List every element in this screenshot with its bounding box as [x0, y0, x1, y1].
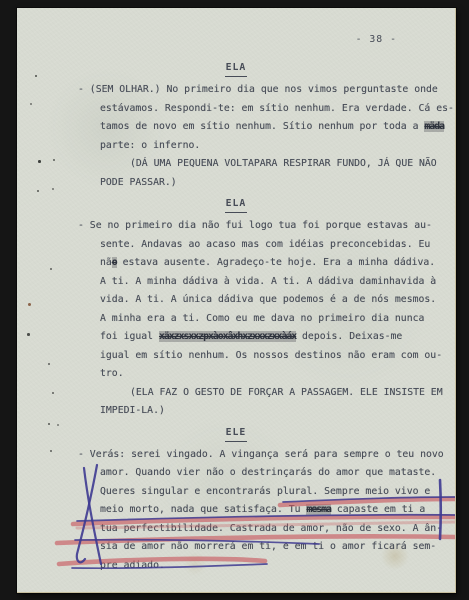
- paper-speck: [35, 75, 37, 77]
- text-segment: amor. Quando vier não o destrinçarás do …: [100, 467, 436, 478]
- typewritten-line: A ti. A minha dádiva à vida. A ti. A dád…: [17, 273, 455, 292]
- typewritten-line: A minha era a ti. Como eu me dava no pri…: [17, 310, 455, 329]
- paper-speck: [52, 392, 54, 394]
- text-segment: A ti. A minha dádiva à vida. A ti. A dád…: [100, 276, 436, 287]
- typewritten-line: - Verás: serei vingado. A vingança será …: [17, 446, 455, 465]
- text-segment: estava ausente. Agradeço-te hoje. Era a …: [117, 257, 436, 268]
- speech-block: - Se no primeiro dia não fui logo tua fo…: [17, 217, 455, 421]
- typewritten-line: meio morto, nada que satisfaça. Tu mesma…: [17, 501, 455, 520]
- speech-heading-label: ELA: [225, 60, 248, 77]
- text-segment: capaste em ti a: [331, 504, 425, 515]
- document-page: - 38 - ELA- (SEM OLHAR.) No primeiro dia…: [17, 8, 456, 593]
- speech-block: - Verás: serei vingado. A vingança será …: [17, 446, 455, 576]
- typewritten-line: tua perfectibilidade. Castrada de amor, …: [17, 520, 455, 539]
- text-segment: (ELA FAZ O GESTO DE FORÇAR A PASSAGEM. E…: [130, 387, 443, 398]
- overstruck-text: mäda: [424, 121, 444, 132]
- text-segment: PODE PASSAR.): [100, 177, 177, 188]
- paper-speck: [30, 103, 32, 105]
- page-number: - 38 -: [356, 34, 397, 45]
- typewritten-content: ELA- (SEM OLHAR.) No primeiro dia que no…: [17, 60, 455, 575]
- paper-speck: [48, 423, 50, 425]
- typewritten-line: pre adiado.: [17, 557, 455, 576]
- speech-heading: ELA: [17, 196, 455, 213]
- paper-speck: [28, 303, 31, 306]
- paper-speck: [50, 450, 52, 452]
- typewritten-line: foi igual xäxzxsxxzpxàoxâxhxzxxxzxxàáx d…: [17, 328, 455, 347]
- text-segment: vida. A ti. A única dádiva que podemos é…: [100, 294, 436, 305]
- paper-speck: [53, 159, 55, 161]
- typewritten-line: parte: o inferno.: [17, 137, 455, 156]
- text-segment: meio morto, nada que satisfaça. Tu: [100, 504, 306, 515]
- text-segment: sia de amor não morrerá em ti, e em ti o…: [100, 541, 436, 552]
- text-segment: pre adiado.: [100, 560, 165, 571]
- text-segment: Queres singular e encontrarás plural. Se…: [100, 486, 430, 497]
- typewritten-line: amor. Quando vier não o destrinçarás do …: [17, 464, 455, 483]
- paper-speck: [38, 160, 41, 163]
- typewritten-line: IMPEDI-LA.): [17, 402, 455, 421]
- typewritten-line: igual em sítio nenhum. Os nossos destino…: [17, 347, 455, 366]
- text-segment: foi igual: [100, 331, 159, 342]
- typewritten-line: estávamos. Respondi-te: em sítio nenhum.…: [17, 100, 455, 119]
- speech-heading-label: ELE: [225, 425, 248, 442]
- text-segment: - Se no primeiro dia não fui logo tua fo…: [78, 220, 432, 231]
- speech-block: - (SEM OLHAR.) No primeiro dia que nos v…: [17, 81, 455, 192]
- text-segment: estávamos. Respondi-te: em sítio nenhum.…: [100, 103, 454, 114]
- text-segment: - (SEM OLHAR.) No primeiro dia que nos v…: [78, 84, 438, 95]
- speech-heading: ELA: [17, 60, 455, 77]
- text-segment: tro.: [100, 368, 124, 379]
- typewritten-line: Queres singular e encontrarás plural. Se…: [17, 483, 455, 502]
- typewritten-line: não estava ausente. Agradeço-te hoje. Er…: [17, 254, 455, 273]
- typewritten-line: tamos de novo em sítio nenhum. Sítio nen…: [17, 118, 455, 137]
- typewritten-line: PODE PASSAR.): [17, 174, 455, 193]
- paper-speck: [57, 424, 59, 426]
- text-segment: tua perfectibilidade. Castrada de amor, …: [100, 523, 442, 534]
- text-segment: A minha era a ti. Como eu me dava no pri…: [100, 313, 424, 324]
- speech-heading: ELE: [17, 425, 455, 442]
- typewritten-line: - (SEM OLHAR.) No primeiro dia que nos v…: [17, 81, 455, 100]
- overstruck-text: xäxzxsxxzpxàoxâxhxzxxxzxxàáx: [159, 331, 296, 342]
- typewritten-line: tro.: [17, 365, 455, 384]
- text-segment: parte: o inferno.: [100, 140, 200, 151]
- text-segment: depois. Deixas-me: [296, 331, 402, 342]
- text-segment: igual em sítio nenhum. Os nossos destino…: [100, 350, 442, 361]
- screenshot-root: { "page": { "number_label": "- 38 -", "p…: [0, 0, 469, 600]
- paper-speck: [27, 333, 30, 336]
- overstruck-text: mesma: [306, 504, 331, 515]
- speech-heading-label: ELA: [225, 196, 248, 213]
- text-segment: (DÁ UMA PEQUENA VOLTAPARA RESPIRAR FUNDO…: [130, 158, 437, 169]
- typewritten-line: (DÁ UMA PEQUENA VOLTAPARA RESPIRAR FUNDO…: [17, 155, 455, 174]
- text-segment: nã: [100, 257, 112, 268]
- paper-speck: [48, 363, 50, 365]
- text-segment: - Verás: serei vingado. A vingança será …: [78, 449, 444, 460]
- text-segment: IMPEDI-LA.): [100, 405, 165, 416]
- paper-speck: [52, 188, 54, 190]
- text-segment: tamos de novo em sítio nenhum. Sítio nen…: [100, 121, 424, 132]
- typewritten-line: sia de amor não morrerá em ti, e em ti o…: [17, 538, 455, 557]
- typewritten-line: vida. A ti. A única dádiva que podemos é…: [17, 291, 455, 310]
- paper-speck: [37, 190, 39, 192]
- scan-background: - 38 - ELA- (SEM OLHAR.) No primeiro dia…: [0, 0, 469, 600]
- paper-speck: [50, 268, 52, 270]
- typewritten-line: sente. Andavas ao acaso mas com idéias p…: [17, 236, 455, 255]
- typewritten-line: - Se no primeiro dia não fui logo tua fo…: [17, 217, 455, 236]
- typewritten-line: (ELA FAZ O GESTO DE FORÇAR A PASSAGEM. E…: [17, 384, 455, 403]
- text-segment: sente. Andavas ao acaso mas com idéias p…: [100, 239, 430, 250]
